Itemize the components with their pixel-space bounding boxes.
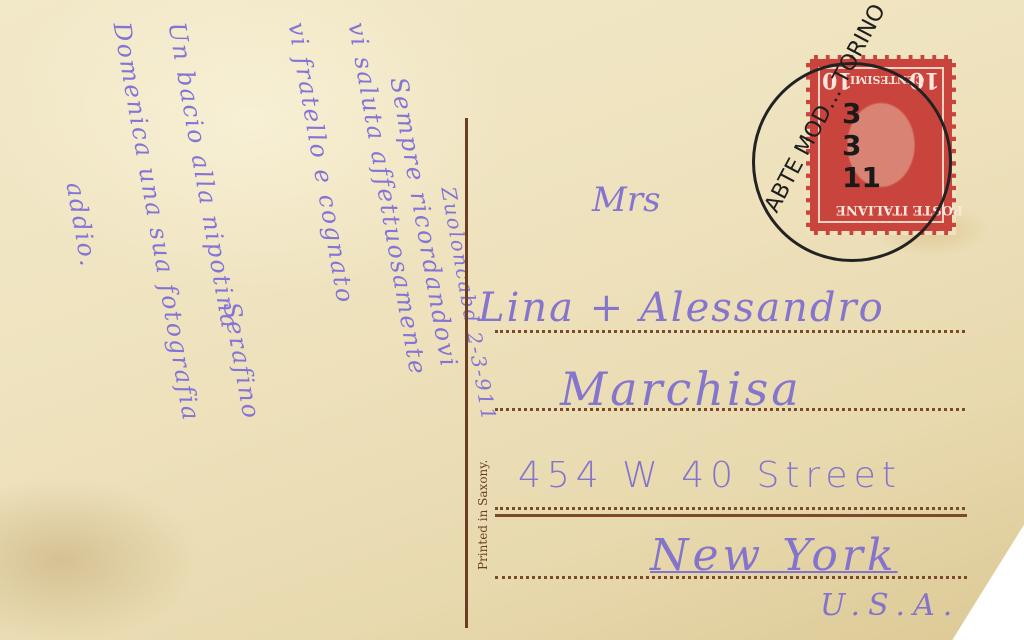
address-street: 454 W 40 Street bbox=[518, 455, 902, 496]
address-surname: Marchisa bbox=[560, 362, 802, 416]
postmark-date: 3 3 11 bbox=[842, 98, 881, 194]
postmark-month: 3 bbox=[842, 130, 881, 162]
address-line-3 bbox=[495, 507, 965, 510]
handwritten-message: Sempre ricordandovi vi saluta affettuosa… bbox=[30, 20, 430, 630]
vertical-divider bbox=[465, 118, 468, 628]
postcard: Sempre ricordandovi vi saluta affettuosa… bbox=[0, 0, 1024, 640]
address-city: New York bbox=[650, 530, 898, 581]
address-name: Lina + Alessandro bbox=[478, 285, 885, 331]
printed-in-saxony: Printed in Saxony. bbox=[476, 460, 490, 570]
address-country: U.S.A. bbox=[820, 588, 960, 623]
address-rule bbox=[495, 514, 967, 517]
postmark-day: 3 bbox=[842, 98, 881, 130]
message-line: addio. bbox=[60, 180, 103, 270]
address-salutation: Mrs bbox=[592, 180, 661, 220]
postmark-year: 11 bbox=[842, 162, 881, 194]
message-line: vi fratello e cognato bbox=[282, 20, 359, 306]
